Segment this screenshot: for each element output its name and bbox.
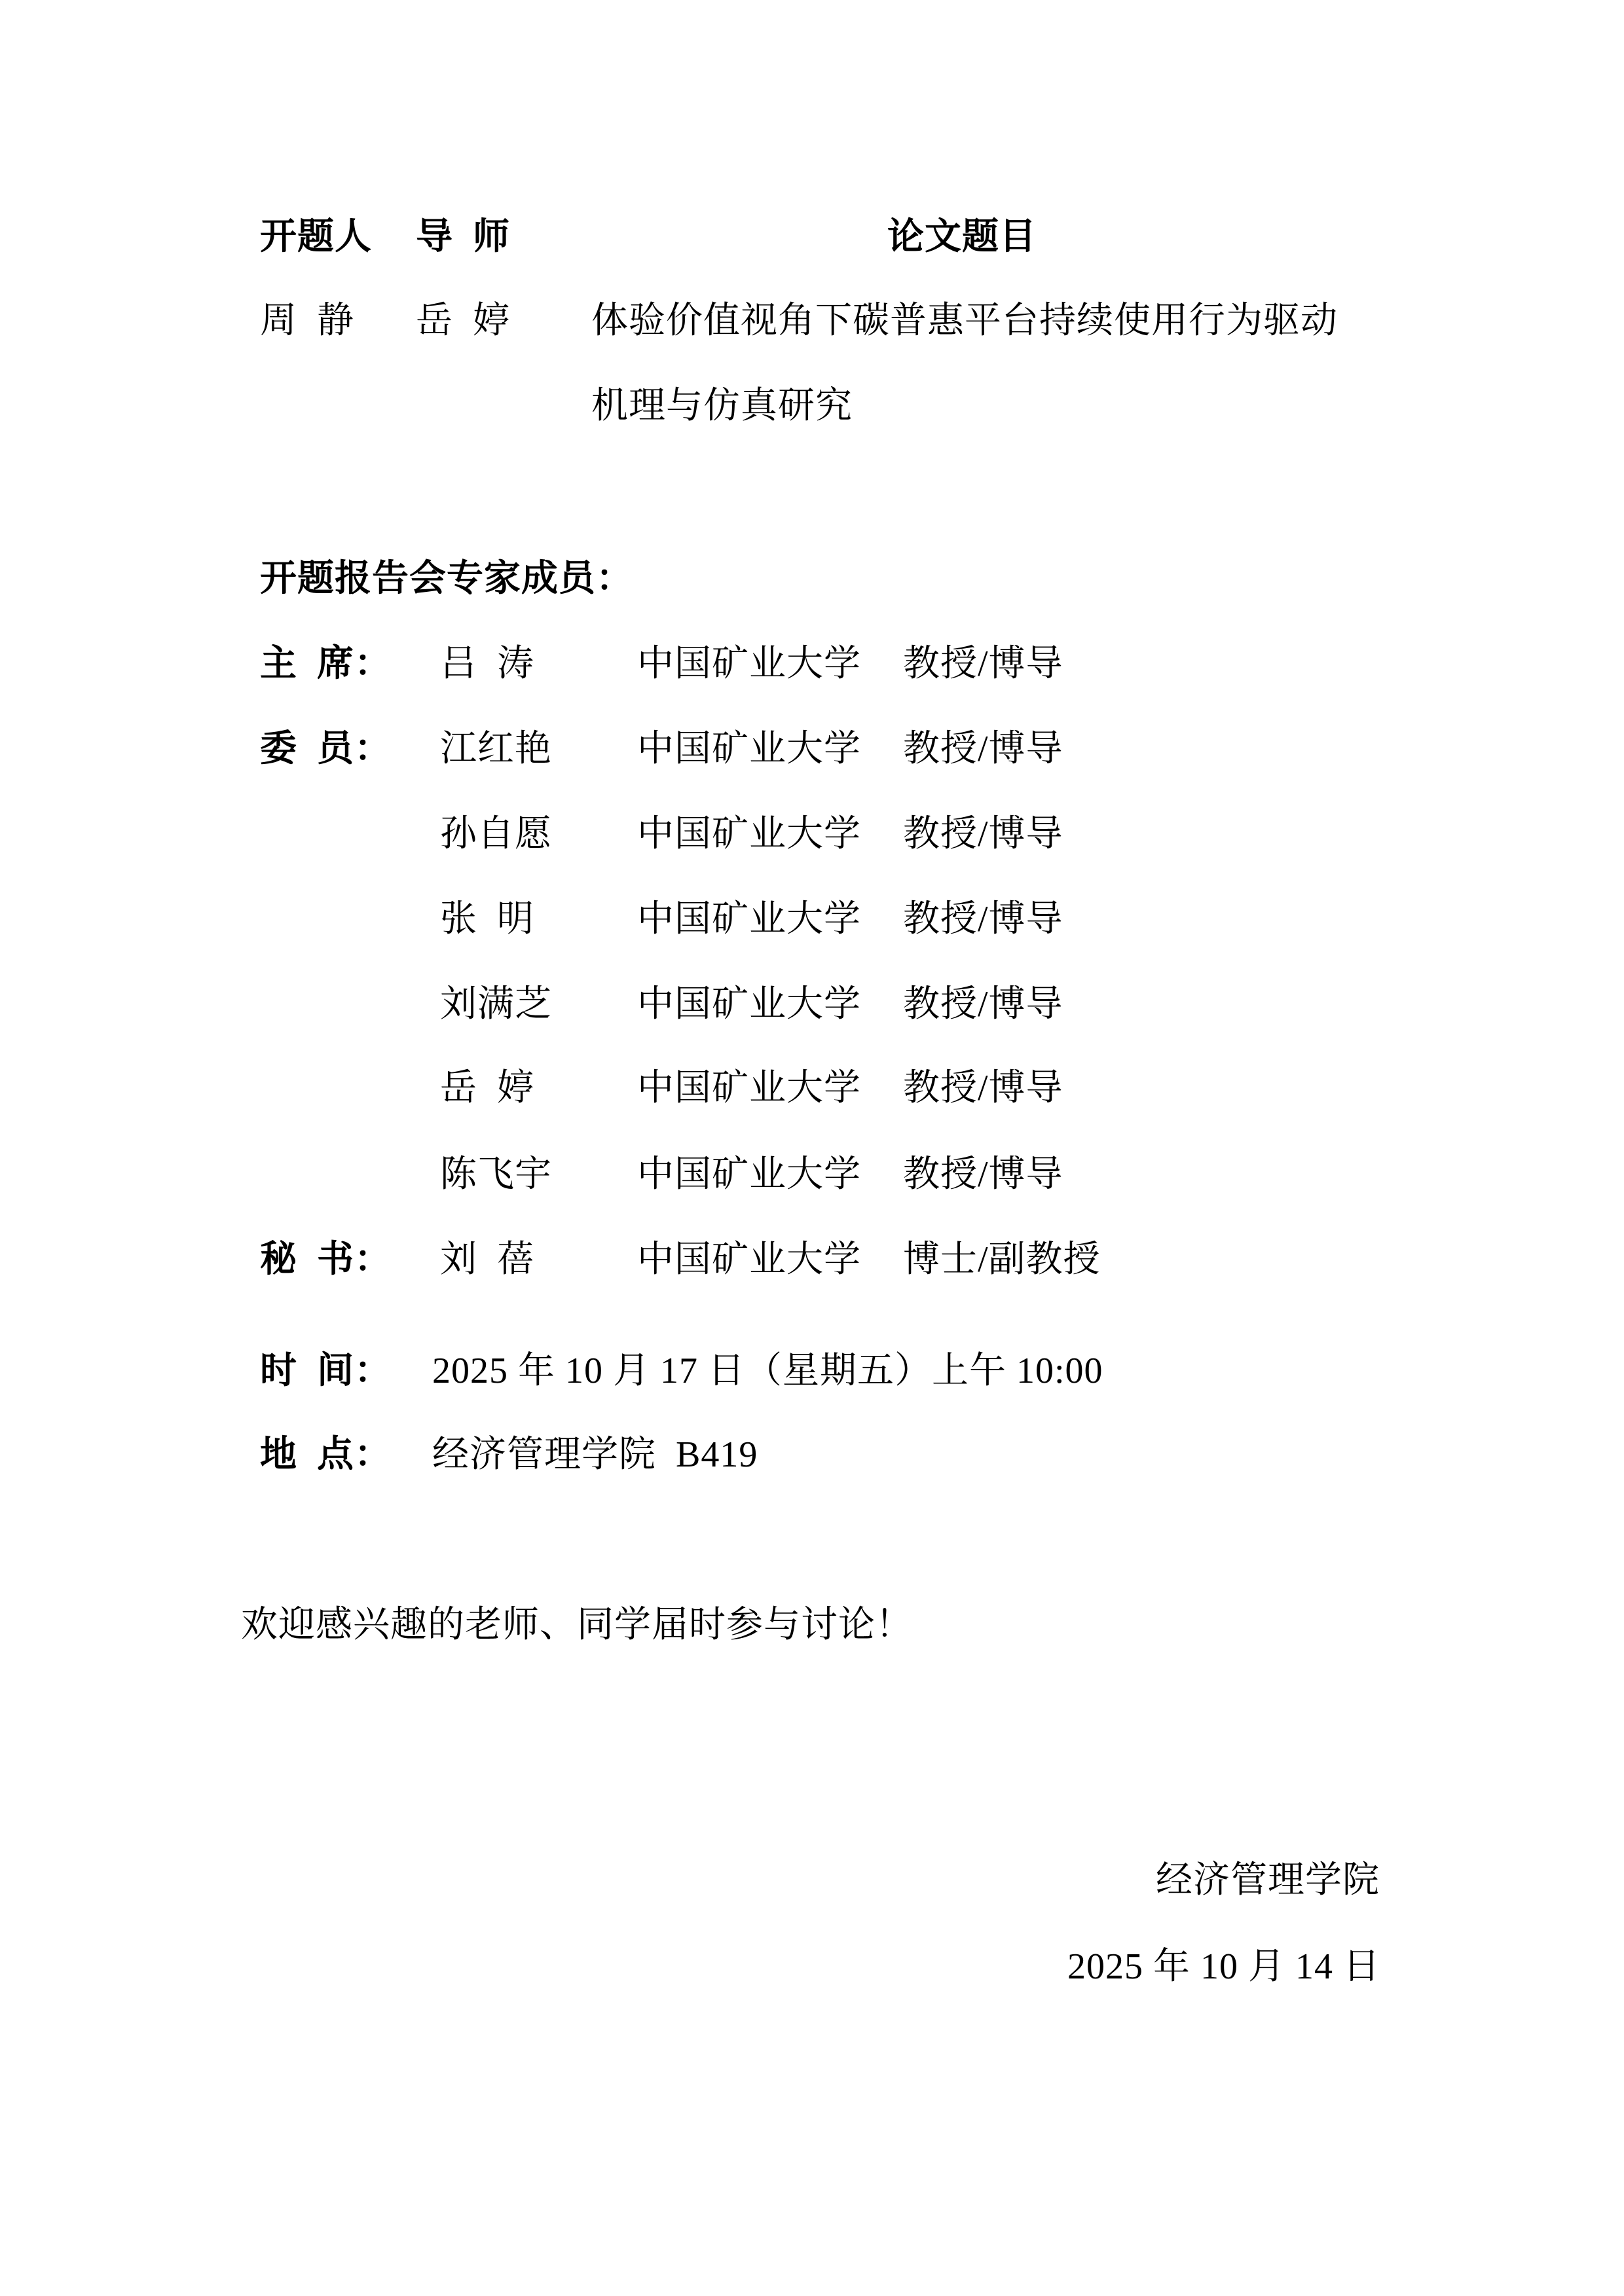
place-value: 经济管理学院 B419 [432,1434,758,1476]
committee-member-title: 教授/博导 [903,898,1063,940]
invitation-text: 欢迎感兴趣的老师、同学届时参与讨论！ [241,1604,913,1646]
header-thesis-title-label: 论文题目 [887,216,1037,258]
thesis-title-line1: 体验价值视角下碳普惠平台持续使用行为驱动 [591,300,1338,342]
committee-member-affiliation: 中国矿业大学 [637,898,861,940]
committee-member-affiliation: 中国矿业大学 [637,1154,861,1195]
committee-member-affiliation: 中国矿业大学 [637,728,861,770]
header-advisor-label: 导 师 [416,216,510,258]
committee-member-affiliation: 中国矿业大学 [637,1239,861,1281]
committee-member-name: 岳 婷 [440,1067,534,1109]
time-label: 时 间： [260,1350,392,1392]
committee-role-label: 委 员： [260,728,392,770]
committee-member-affiliation: 中国矿业大学 [637,813,861,855]
document-page: 开题人 导 师 论文题目 周 静 岳 婷 体验价值视角下碳普惠平台持续使用行为驱… [0,0,1624,2296]
committee-member-affiliation: 中国矿业大学 [637,643,861,685]
committee-role-label: 主 席： [260,643,392,685]
committee-member-title: 教授/博导 [903,983,1063,1025]
committee-member-title: 教授/博导 [903,728,1063,770]
committee-heading: 开题报告会专家成员： [260,558,633,600]
committee-member-title: 教授/博导 [903,813,1063,855]
committee-member-name: 张 明 [440,898,534,940]
committee-member-name: 孙自愿 [440,813,552,855]
thesis-title-line2: 机理与仿真研究 [591,385,853,427]
committee-member-affiliation: 中国矿业大学 [637,983,861,1025]
time-value: 2025 年 10 月 17 日（星期五）上午 10:00 [432,1350,1103,1392]
signature-date: 2025 年 10 月 14 日 [1067,1946,1380,1988]
committee-member-name: 刘 蓓 [440,1239,534,1281]
committee-member-name: 江红艳 [440,728,552,770]
committee-member-title: 博士/副教授 [903,1239,1101,1281]
place-label: 地 点： [260,1434,392,1476]
committee-member-name: 陈飞宇 [440,1154,552,1195]
committee-member-title: 教授/博导 [903,1154,1063,1195]
committee-role-label: 秘 书： [260,1239,392,1281]
committee-member-affiliation: 中国矿业大学 [637,1067,861,1109]
signature-organization: 经济管理学院 [1156,1859,1380,1901]
committee-member-title: 教授/博导 [903,1067,1063,1109]
advisor-name: 岳 婷 [416,300,510,342]
committee-member-title: 教授/博导 [903,643,1063,685]
header-proposer-label: 开题人 [260,216,372,258]
committee-member-name: 刘满芝 [440,983,552,1025]
committee-member-name: 吕 涛 [440,643,534,685]
proposer-name: 周 静 [260,300,354,342]
